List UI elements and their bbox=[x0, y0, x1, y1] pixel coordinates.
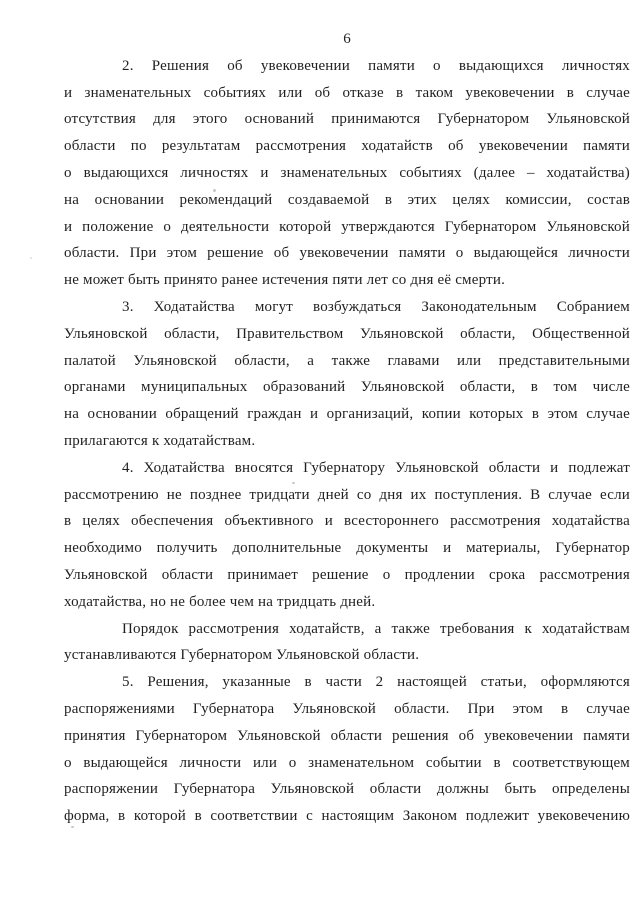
paragraph-item-3: 3. Ходатайства могут возбуждаться Законо… bbox=[64, 294, 630, 455]
text-line: отсутствия для этого оснований принимают… bbox=[64, 106, 630, 133]
text-line: Порядок рассмотрения ходатайств, а также… bbox=[64, 616, 630, 643]
text-line: Ульяновской области принимает решение о … bbox=[64, 562, 630, 589]
scan-speckle bbox=[292, 482, 295, 484]
text-line: 5. Решения, указанные в части 2 настояще… bbox=[64, 669, 630, 696]
text-line: Ульяновской области, Правительством Улья… bbox=[64, 321, 630, 348]
page-number: 6 bbox=[64, 26, 630, 53]
text-line: органами муниципальных образований Ульян… bbox=[64, 374, 630, 401]
paragraph-item-5: 5. Решения, указанные в части 2 настояще… bbox=[64, 669, 630, 830]
text-line: распоряжениями Губернатора Ульяновской о… bbox=[64, 696, 630, 723]
text-line: о выдающейся личности или о знаменательн… bbox=[64, 750, 630, 777]
text-line: палатой Ульяновской области, а также гла… bbox=[64, 348, 630, 375]
scanned-document-page: 6 2. Решения об увековечении памяти о вы… bbox=[0, 0, 640, 905]
text-line: 2. Решения об увековечении памяти о выда… bbox=[64, 53, 630, 80]
text-line: на основании обращений граждан и организ… bbox=[64, 401, 630, 428]
text-line: о выдающихся личностях и знаменательных … bbox=[64, 160, 630, 187]
paragraph-procedure: Порядок рассмотрения ходатайств, а также… bbox=[64, 616, 630, 670]
text-line: ходатайства, но не более чем на тридцать… bbox=[64, 589, 630, 616]
text-line: рассмотрению не позднее тридцати дней со… bbox=[64, 482, 630, 509]
text-line: и знаменательных событиях или об отказе … bbox=[64, 80, 630, 107]
text-line: не может быть принято ранее истечения пя… bbox=[64, 267, 630, 294]
text-line: прилагаются к ходатайствам. bbox=[64, 428, 630, 455]
text-line: форма, в которой в соответствии с настоя… bbox=[64, 803, 630, 830]
text-line: области. При этом решение об увековечени… bbox=[64, 240, 630, 267]
text-line: 3. Ходатайства могут возбуждаться Законо… bbox=[64, 294, 630, 321]
scan-speckle bbox=[30, 257, 32, 259]
text-line: и положение о деятельности которой утвер… bbox=[64, 214, 630, 241]
text-line: необходимо получить дополнительные докум… bbox=[64, 535, 630, 562]
paragraph-item-4: 4. Ходатайства вносятся Губернатору Улья… bbox=[64, 455, 630, 616]
text-line: распоряжении Губернатора Ульяновской обл… bbox=[64, 776, 630, 803]
text-line: на основании рекомендаций создаваемой в … bbox=[64, 187, 630, 214]
text-line: устанавливаются Губернатором Ульяновской… bbox=[64, 642, 630, 669]
scan-speckle bbox=[71, 826, 74, 828]
scan-speckle bbox=[213, 189, 216, 192]
paragraph-item-2: 2. Решения об увековечении памяти о выда… bbox=[64, 53, 630, 294]
text-line: принятия Губернатором Ульяновской област… bbox=[64, 723, 630, 750]
text-line: в целях обеспечения объективного и всест… bbox=[64, 508, 630, 535]
text-line: 4. Ходатайства вносятся Губернатору Улья… bbox=[64, 455, 630, 482]
text-line: области по результатам рассмотрения хода… bbox=[64, 133, 630, 160]
